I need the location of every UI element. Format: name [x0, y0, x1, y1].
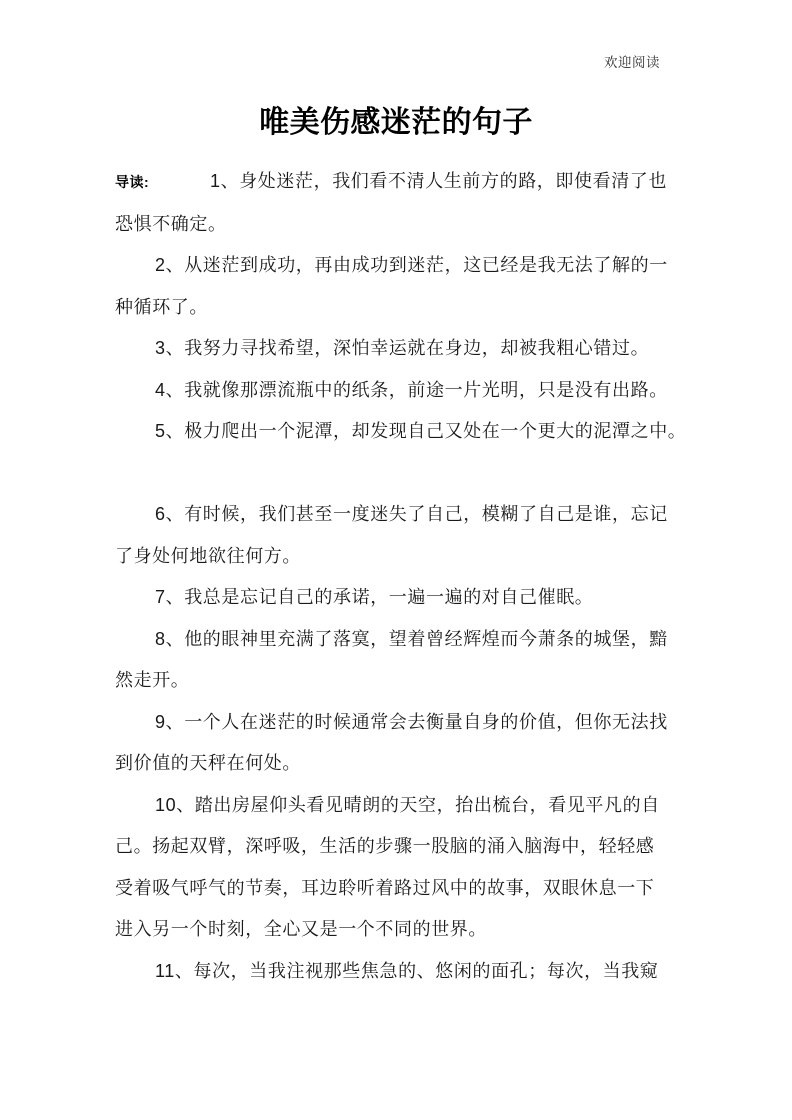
- doc-paragraph: 9、一个人在迷茫的时候通常会去衡量自身的价值，但你无法找 到价值的天秤在何处。: [115, 702, 735, 785]
- header-note: 欢迎阅读: [604, 54, 660, 72]
- doc-paragraph: 6、有时候，我们甚至一度迷失了自己，模糊了自己是谁，忘记 了身处何地欲往何方。: [115, 494, 735, 577]
- doc-paragraph: 导读:1、身处迷茫，我们看不清人生前方的路，即使看清了也 恐惧不确定。: [115, 161, 735, 245]
- document-body: 导读:1、身处迷茫，我们看不清人生前方的路，即使看清了也 恐惧不确定。2、从迷茫…: [115, 161, 735, 992]
- doc-paragraph: 10、踏出房屋仰头看见晴朗的天空，抬出梳台，看见平凡的自 己。扬起双臂，深呼吸，…: [115, 785, 735, 951]
- doc-paragraph: 11、每次，当我注视那些焦急的、悠闲的面孔；每次，当我窥: [115, 951, 735, 993]
- doc-paragraph: 2、从迷茫到成功，再由成功到迷茫，这已经是我无法了解的一 种循环了。: [115, 245, 735, 328]
- doc-paragraph: 3、我努力寻找希望，深怕幸运就在身边，却被我粗心错过。: [115, 328, 735, 370]
- doc-paragraph: 4、我就像那漂流瓶中的纸条，前途一片光明，只是没有出路。: [115, 370, 735, 412]
- lead-label: 导读:: [115, 162, 210, 204]
- doc-paragraph: 8、他的眼神里充满了落寞，望着曾经辉煌而今萧条的城堡，黯 然走开。: [115, 619, 735, 702]
- document-page: 欢迎阅读 唯美伤感迷茫的句子 导读:1、身处迷茫，我们看不清人生前方的路，即使看…: [0, 0, 792, 1120]
- doc-paragraph: 7、我总是忘记自己的承诺，一遍一遍的对自己催眠。: [115, 577, 735, 619]
- doc-paragraph: 5、极力爬出一个泥潭，却发现自己又处在一个更大的泥潭之中。: [115, 411, 735, 453]
- page-title: 唯美伤感迷茫的句子: [0, 101, 792, 145]
